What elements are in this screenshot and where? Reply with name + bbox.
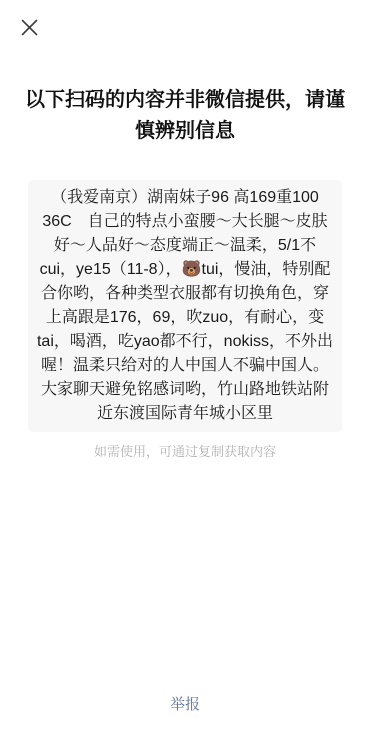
copy-hint-text: 如需使用，可通过复制获取内容 [0, 444, 370, 460]
scan-warning-title: 以下扫码的内容并非微信提供，请谨慎辨别信息 [24, 85, 346, 147]
footer-bar: 举报 [0, 693, 370, 714]
report-link[interactable]: 举报 [170, 693, 200, 714]
scanned-content-box: （我爱南京）湖南妹子96 高169重100 36C 自己的特点小蛮腰～大长腿～皮… [28, 180, 342, 432]
close-icon [21, 19, 38, 36]
close-button[interactable] [18, 16, 40, 38]
scan-result-screen: 以下扫码的内容并非微信提供，请谨慎辨别信息 （我爱南京）湖南妹子96 高169重… [0, 0, 370, 730]
scanned-content-text: （我爱南京）湖南妹子96 高169重100 36C 自己的特点小蛮腰～大长腿～皮… [37, 189, 333, 422]
